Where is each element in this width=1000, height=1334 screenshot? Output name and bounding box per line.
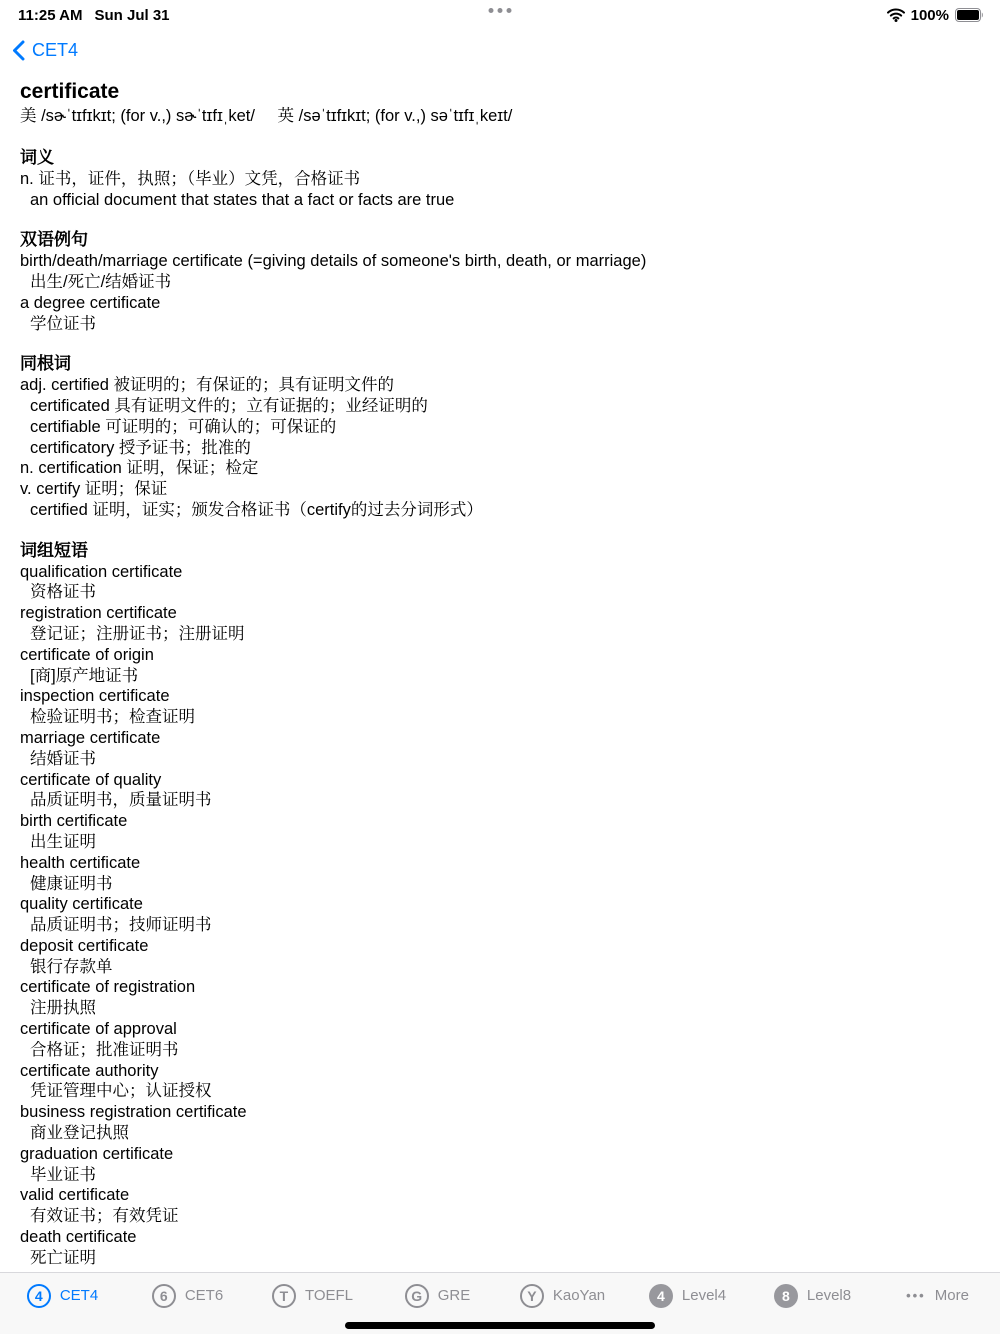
home-indicator[interactable] [345,1322,655,1329]
dict-line: 出生证明 [20,832,980,853]
dict-line: 死亡证明 [20,1248,980,1269]
dict-section: 词义n. 证书，证件，执照；（毕业）文凭，合格证书an official doc… [20,148,980,210]
ellipsis-icon [489,8,512,13]
dict-line: 登记证；注册证书；注册证明 [20,624,980,645]
dict-line: valid certificate [20,1185,980,1206]
dict-line: 品质证明书，质量证明书 [20,790,980,811]
section-title: 词组短语 [20,541,980,562]
section-title: 同根词 [20,354,980,375]
dict-line: 银行存款单 [20,957,980,978]
dict-line: 商业登记执照 [20,1123,980,1144]
dict-line: birth/death/marriage certificate (=givin… [20,251,980,272]
badge-gre-icon: G [405,1284,429,1308]
dictionary-entry: certificate 美 /sɚˈtɪfɪkɪt; (for v.,) sɚˈ… [0,68,1000,1269]
tab-level8[interactable]: 8Level8 [750,1273,875,1334]
dict-line: certifiable 可证明的；可确认的；可保证的 [20,417,980,438]
dict-line: 合格证；批准证明书 [20,1040,980,1061]
dict-line: an official document that states that a … [20,190,980,211]
tab-more[interactable]: •••More [875,1273,1000,1334]
tab-label: CET6 [185,1287,223,1304]
dict-line: marriage certificate [20,728,980,749]
tab-label: More [935,1287,969,1304]
dict-line: certificated 具有证明文件的；立有证据的；业经证明的 [20,396,980,417]
badge-kaoyan-icon: Y [520,1284,544,1308]
dict-line: [商]原产地证书 [20,666,980,687]
dict-section: 词组短语qualification certificate资格证书registr… [20,541,980,1269]
dict-line: 毕业证书 [20,1165,980,1186]
dict-line: quality certificate [20,894,980,915]
dict-line: 检验证明书；检查证明 [20,707,980,728]
dict-line: certificate of approval [20,1019,980,1040]
tab-label: TOEFL [305,1287,353,1304]
badge-toefl-icon: T [272,1284,296,1308]
tab-cet6[interactable]: 6CET6 [125,1273,250,1334]
back-label: CET4 [32,40,78,61]
dict-line: n. 证书，证件，执照；（毕业）文凭，合格证书 [20,169,980,190]
tab-label: Level8 [807,1287,851,1304]
dict-line: 品质证明书；技师证明书 [20,915,980,936]
dict-line: adj. certified 被证明的；有保证的；具有证明文件的 [20,375,980,396]
tab-label: KaoYan [553,1287,605,1304]
status-indicators: 100% [887,7,984,24]
badge-level8-icon: 8 [774,1284,798,1308]
back-button[interactable]: CET4 [12,40,78,61]
wifi-icon [887,8,905,22]
dict-line: death certificate [20,1227,980,1248]
dict-line: business registration certificate [20,1102,980,1123]
dict-line: certificate authority [20,1061,980,1082]
dict-line: v. certify 证明；保证 [20,479,980,500]
dict-section: 同根词adj. certified 被证明的；有保证的；具有证明文件的certi… [20,354,980,520]
dict-line: 有效证书；有效凭证 [20,1206,980,1227]
status-date: Sun Jul 31 [94,7,169,24]
dict-line: 注册执照 [20,998,980,1019]
dict-line: graduation certificate [20,1144,980,1165]
status-time-date: 11:25 AM Sun Jul 31 [18,7,170,24]
dict-line: n. certification 证明，保证；检定 [20,458,980,479]
dict-line: certificate of origin [20,645,980,666]
dict-line: a degree certificate [20,293,980,314]
dict-line: 健康证明书 [20,874,980,895]
tab-label: GRE [438,1287,471,1304]
section-title: 双语例句 [20,230,980,251]
dict-line: 凭证管理中心；认证授权 [20,1081,980,1102]
badge-level4-icon: 4 [649,1284,673,1308]
dict-line: certificate of quality [20,770,980,791]
badge-cet4-icon: 4 [27,1284,51,1308]
headword: certificate [20,78,980,105]
dict-line: 结婚证书 [20,749,980,770]
chevron-left-icon [12,40,25,61]
nav-bar: CET4 [0,26,1000,68]
section-title: 词义 [20,148,980,169]
badge-cet6-icon: 6 [152,1284,176,1308]
status-time: 11:25 AM [18,7,82,24]
dict-line: certified 证明，证实；颁发合格证书（certify的过去分词形式） [20,500,980,521]
pronunciation-uk: 英 /səˈtɪfɪkɪt; (for v.,) səˈtɪfɪˌkeɪt/ [278,107,513,125]
tab-cet4[interactable]: 4CET4 [0,1273,125,1334]
dict-line: 资格证书 [20,582,980,603]
pronunciation-us: 美 /sɚˈtɪfɪkɪt; (for v.,) sɚˈtɪfɪˌket/ [20,107,255,125]
dict-line: birth certificate [20,811,980,832]
tab-label: Level4 [682,1287,726,1304]
dict-line: registration certificate [20,603,980,624]
battery-percent: 100% [911,7,949,24]
dict-line: inspection certificate [20,686,980,707]
dict-line: certificatory 授予证书；批准的 [20,438,980,459]
pronunciation: 美 /sɚˈtɪfɪkɪt; (for v.,) sɚˈtɪfɪˌket/ 英 … [20,105,980,128]
dict-line: deposit certificate [20,936,980,957]
dict-line: health certificate [20,853,980,874]
ellipsis-icon: ••• [906,1284,926,1308]
dict-line: 出生/死亡/结婚证书 [20,272,980,293]
tab-label: CET4 [60,1287,98,1304]
dict-line: 学位证书 [20,314,980,335]
dict-line: certificate of registration [20,977,980,998]
dict-section: 双语例句birth/death/marriage certificate (=g… [20,230,980,334]
entry-sections: 词义n. 证书，证件，执照；（毕业）文凭，合格证书an official doc… [20,148,980,1269]
battery-icon [955,8,984,22]
dict-line: qualification certificate [20,562,980,583]
status-bar: 11:25 AM Sun Jul 31 100% [0,0,1000,26]
